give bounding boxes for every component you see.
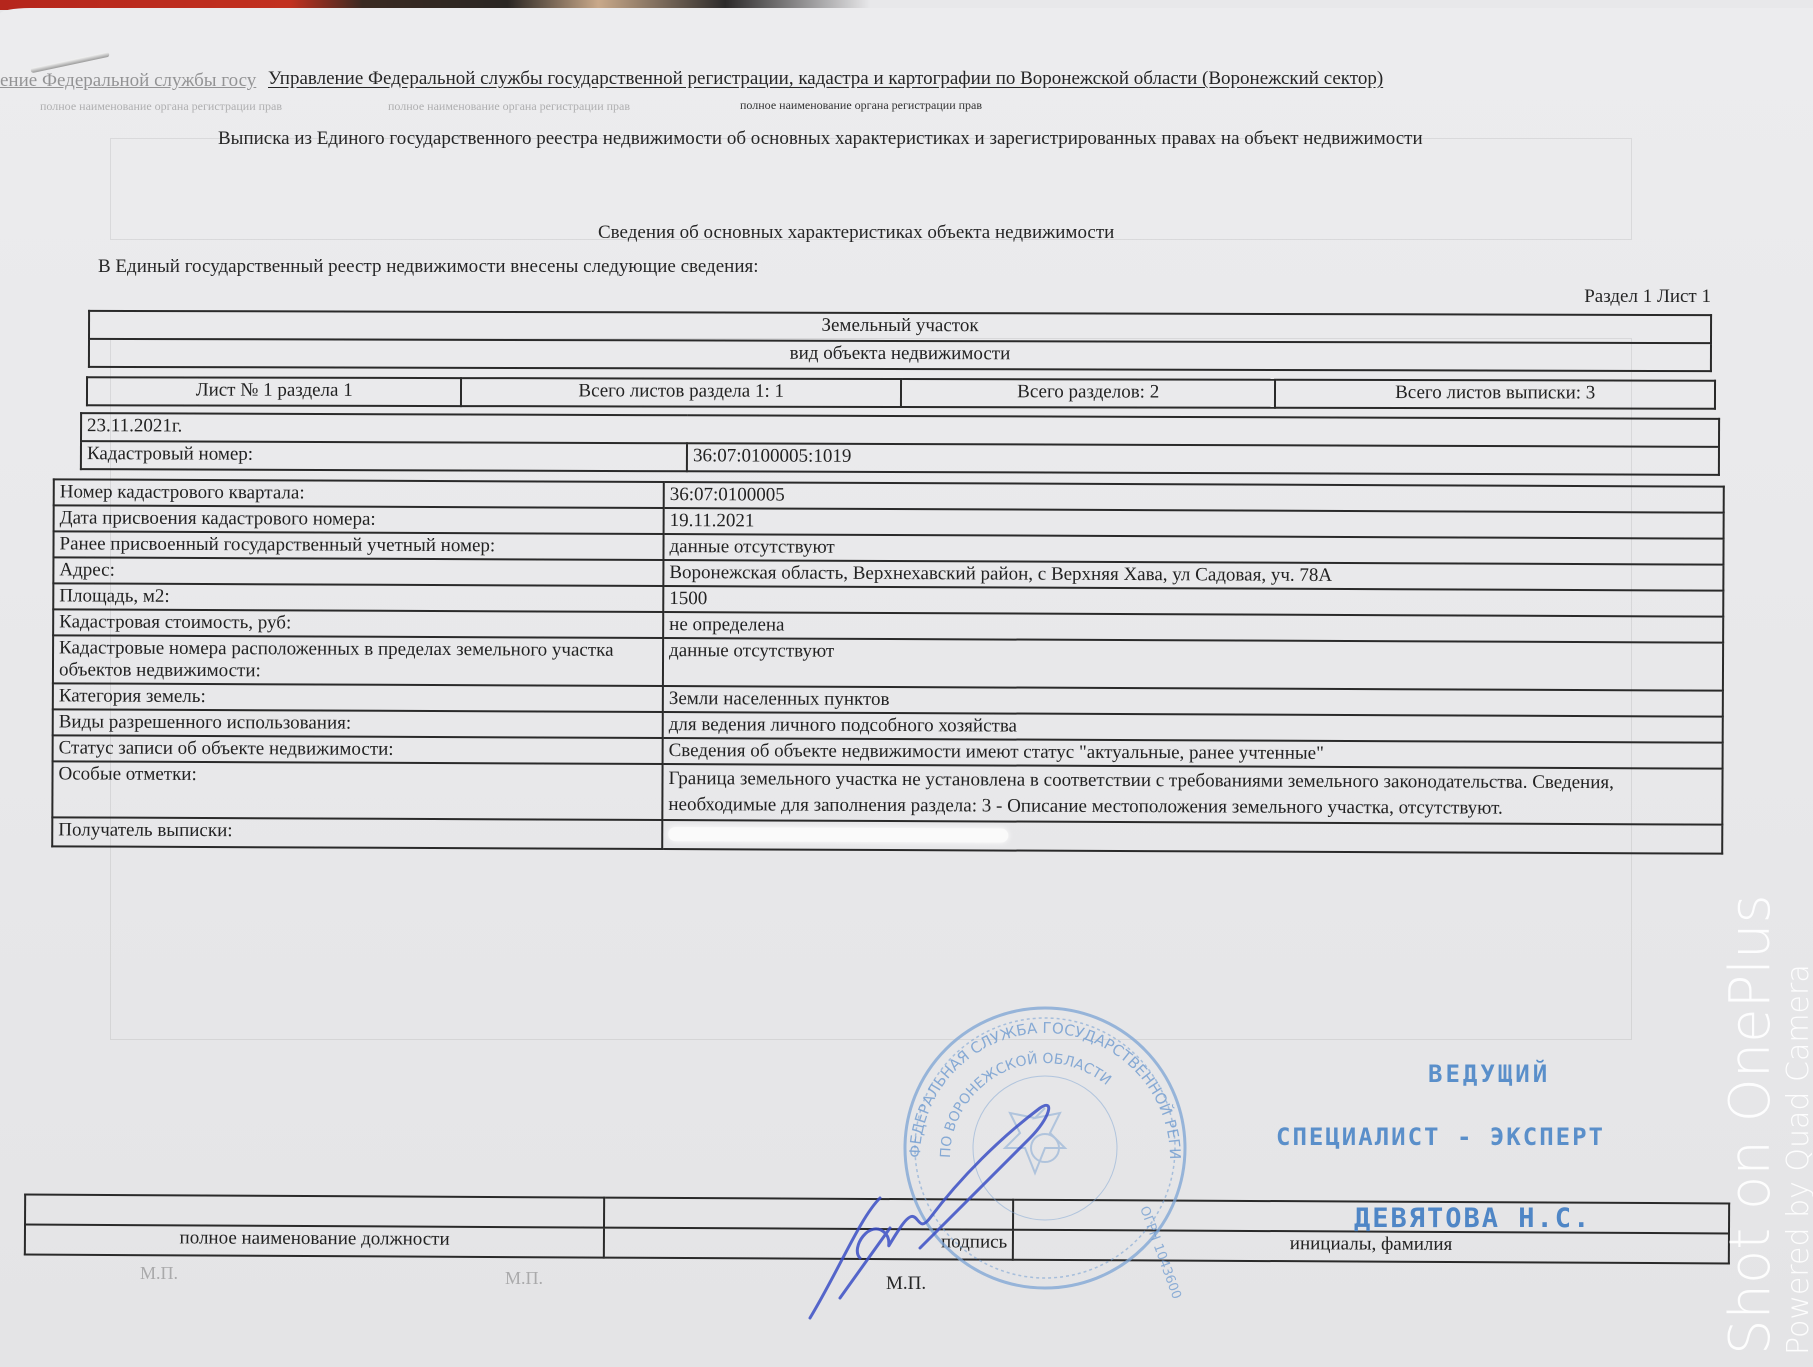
signature-scribble-icon (800, 1098, 1100, 1328)
row-label: Площадь, м2: (53, 583, 663, 612)
section-title: Сведения об основных характеристиках объ… (598, 222, 1114, 244)
organization-caption: полное наименование органа регистрации п… (740, 98, 982, 113)
mp-ghost: М.П. (140, 1263, 178, 1284)
extract-sheet-count: Всего листов выписки: 3 (1275, 380, 1715, 409)
cadastral-header-table: 23.11.2021г. Кадастровый номер: 36:07:01… (80, 412, 1720, 476)
stamp-role-line2: СПЕЦИАЛИСТ - ЭКСПЕРТ (1276, 1123, 1605, 1151)
position-caption: полное наименование должности (25, 1225, 605, 1258)
extract-title: Выписка из Единого государственного реес… (218, 128, 1423, 150)
characteristics-table: Номер кадастрового квартала: 36:07:01000… (51, 478, 1725, 854)
row-label: Дата присвоения кадастрового номера: (54, 505, 664, 534)
row-label: Адрес: (53, 557, 663, 586)
document-page: ение Федеральной службы госу Управление … (0, 8, 1813, 1367)
org-name-ghost: ение Федеральной службы госу (0, 70, 256, 92)
table-row: Получатель выписки: (52, 817, 1722, 853)
row-label: Кадастровые номера расположенных в преде… (53, 635, 663, 686)
mp-ghost: М.П. (505, 1268, 543, 1289)
intro-text: В Единый государственный реестр недвижим… (98, 256, 759, 278)
org-caption-ghost: полное наименование органа регистрации п… (40, 99, 282, 114)
sheet-meta-table: Лист № 1 раздела 1 Всего листов раздела … (86, 376, 1716, 409)
cadastral-number-value: 36:07:0100005:1019 (687, 443, 1719, 475)
seal-place-label: М.П. (886, 1273, 926, 1295)
redacted-recipient (668, 827, 1008, 842)
row-label: Категория земель: (53, 683, 663, 712)
stamp-name: ДЕВЯТОВА Н.С. (1354, 1203, 1591, 1234)
object-type-table: Земельный участок вид объекта недвижимос… (88, 310, 1712, 372)
camera-watermark: Shot on OnePlus Powered by Quad Camera (1720, 894, 1813, 1355)
object-type-value: Земельный участок (89, 311, 1711, 343)
sheet-number: Лист № 1 раздела 1 (87, 377, 461, 406)
watermark-line1: Shot on OnePlus (1720, 894, 1782, 1355)
watermark-line2: Powered by Quad Camera (1782, 894, 1813, 1355)
organization-name: Управление Федеральной службы государств… (268, 68, 1383, 90)
table-row: Особые отметки: Граница земельного участ… (52, 761, 1722, 824)
row-label: Статус записи об объекте недвижимости: (53, 735, 663, 764)
row-label: Особые отметки: (52, 761, 662, 820)
recipient-value (662, 820, 1722, 854)
object-type-caption: вид объекта недвижимости (89, 339, 1711, 371)
row-label: Получатель выписки: (52, 817, 662, 849)
section-sheet-count: Всего листов раздела 1: 1 (461, 378, 901, 407)
org-caption-ghost: полное наименование органа регистрации п… (388, 99, 630, 114)
row-value: данные отсутствуют (663, 638, 1723, 691)
table-row: Кадастровые номера расположенных в преде… (53, 635, 1723, 690)
row-label: Ранее присвоенный государственный учетны… (53, 531, 663, 560)
row-value: Граница земельного участка не установлен… (662, 764, 1722, 825)
row-label: Виды разрешенного использования: (53, 709, 663, 738)
svg-text:ОГРН 1043600196254: ОГРН 1043600196254 (1136, 1204, 1201, 1298)
section-sheet-label: Раздел 1 Лист 1 (1584, 286, 1711, 308)
stamp-role-line1: ВЕДУЩИЙ (1428, 1060, 1550, 1088)
section-count: Всего разделов: 2 (901, 379, 1275, 408)
cadastral-number-label: Кадастровый номер: (81, 441, 687, 471)
row-label: Номер кадастрового квартала: (54, 479, 664, 508)
position-cell (25, 1195, 605, 1228)
row-label: Кадастровая стоимость, руб: (53, 609, 663, 638)
